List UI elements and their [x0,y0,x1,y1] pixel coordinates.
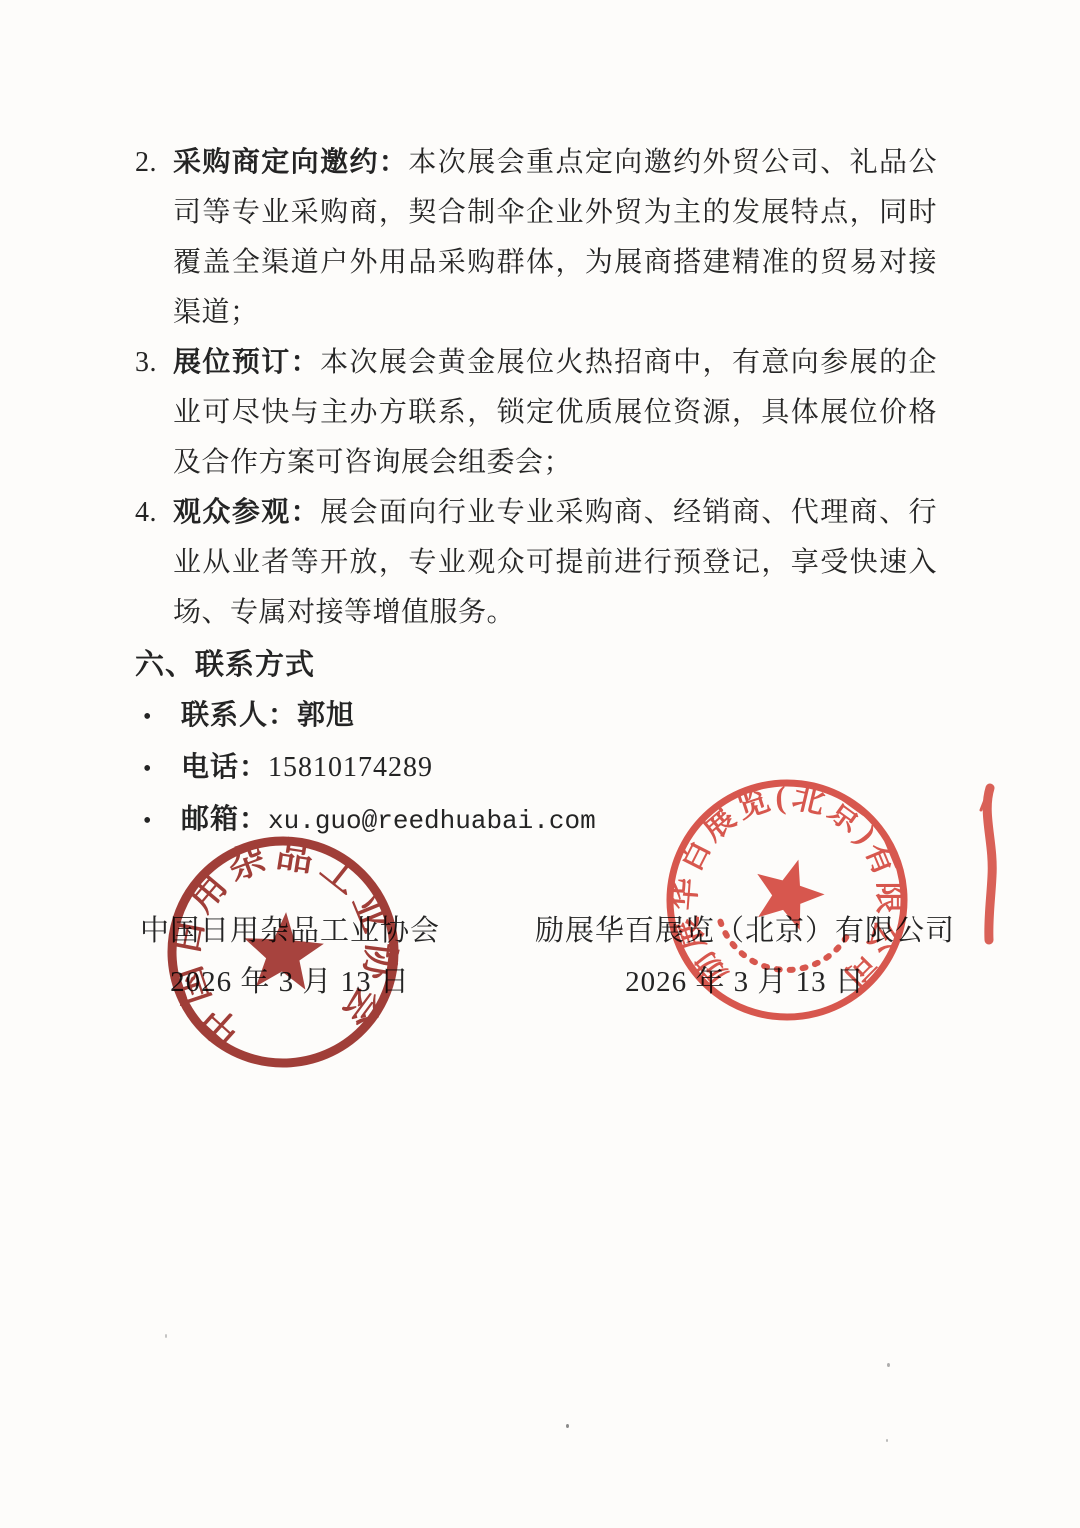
contact-section-heading: 六、联系方式 [135,640,937,690]
list-item-number: 3. [135,338,157,388]
contact-item-phone: • 电话： 15810174289 [135,743,937,794]
list-item-number: 4. [135,488,157,538]
list-item-3: 3.展位预订：本次展会黄金展位火热招商中，有意向参展的企业可尽快与主办方联系，锁… [135,338,937,488]
signature-date: 2026 年 3 月 13 日 [120,965,460,999]
list-item-2: 2.采购商定向邀约：本次展会重点定向邀约外贸公司、礼品公司等专业采购商，契合制伞… [135,138,937,338]
dust-speck [886,1439,888,1442]
contact-value: 15810174289 [268,743,433,792]
list-item-label: 展位预订： [173,347,320,378]
signature-right: 励展华百展览（北京）有限公司 2026 年 3 月 13 日 [535,914,955,999]
bullet-icon: • [135,693,181,742]
dust-speck [887,1363,890,1367]
signature-org-name: 励展华百展览（北京）有限公司 [535,914,955,948]
contact-label: 电话： [181,743,268,792]
document-body: 2.采购商定向邀约：本次展会重点定向邀约外贸公司、礼品公司等专业采购商，契合制伞… [135,138,937,846]
signature-left: 中国日用杂品工业协会 2026 年 3 月 13 日 [120,914,460,999]
dust-speck [165,1334,167,1338]
list-item-label: 采购商定向邀约： [173,147,408,178]
list-item-number: 2. [135,138,157,188]
red-ink-smear [968,780,1008,950]
contact-item-person: • 联系人： 郭旭 [135,691,937,742]
document-page: 2.采购商定向邀约：本次展会重点定向邀约外贸公司、礼品公司等专业采购商，契合制伞… [0,0,1080,1528]
list-item-4: 4.观众参观：展会面向行业专业采购商、经销商、代理商、行业从业者等开放，专业观众… [135,488,937,638]
bullet-icon: • [135,745,181,794]
list-item-label: 观众参观： [173,497,320,528]
signature-area: 中国日用杂品工业协会 2026 年 3 月 13 日 励展华百展览（北京）有限公… [0,792,1080,1352]
signature-date: 2026 年 3 月 13 日 [535,965,955,999]
contact-value: 郭旭 [297,691,355,740]
signature-org-name: 中国日用杂品工业协会 [120,914,460,948]
contact-label: 联系人： [181,691,297,740]
dust-speck [566,1424,569,1428]
